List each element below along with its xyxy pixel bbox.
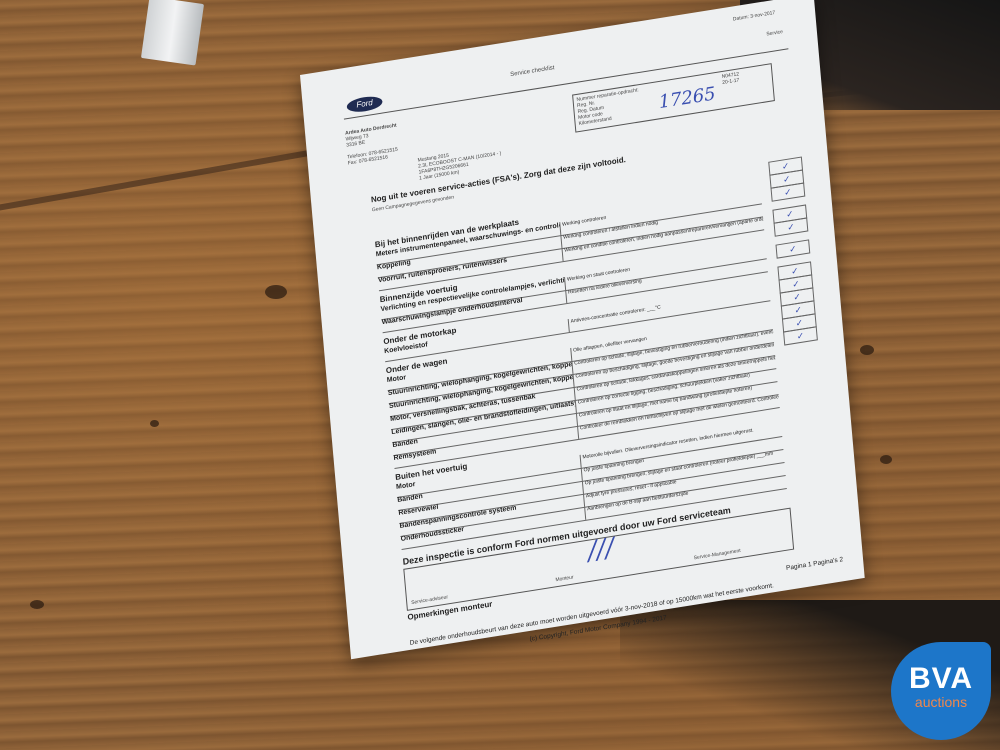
document-title: Service checklist — [510, 65, 555, 78]
wood-knot — [860, 345, 874, 355]
bva-auctions-logo: BVA auctions — [891, 642, 991, 740]
document-date: Datum: 3-nov-2017 — [733, 10, 776, 23]
fsa-heading: Nog uit te voeren service-acties (FSA's)… — [371, 155, 627, 204]
ford-logo: Ford — [346, 94, 383, 114]
service-checklist-document: Datum: 3-nov-2017 Service checklist Serv… — [300, 0, 865, 659]
bva-logo-text: BVA — [891, 662, 991, 696]
wood-knot — [150, 420, 159, 427]
reg-date-value: 20-1-17 — [722, 77, 740, 86]
wood-knot — [30, 600, 44, 609]
wood-knot — [880, 455, 892, 464]
service-checkbox-label: Service — [766, 29, 783, 38]
signature: ∕∕∕ — [587, 533, 616, 567]
check-column: ✓✓✓ ✓✓ ✓ ✓✓✓✓✓✓ — [768, 158, 818, 346]
monteur-label: Monteur — [555, 574, 574, 583]
repair-order-box: Nummer reparatie-opdracht: Reg. Nr. Reg.… — [572, 63, 775, 133]
service-adviseur-label: Service-adviseur — [411, 594, 448, 606]
check-mark-icon: ✓ — [775, 239, 810, 258]
bva-logo-subtext: auctions — [891, 694, 991, 710]
page-number: Pagina 1 Pagina's 2 — [786, 556, 844, 572]
service-management-label: Service-Management — [694, 548, 741, 561]
wood-knot — [265, 285, 287, 299]
metal-object — [141, 0, 204, 66]
odometer-handwritten: 17265 — [658, 83, 716, 113]
